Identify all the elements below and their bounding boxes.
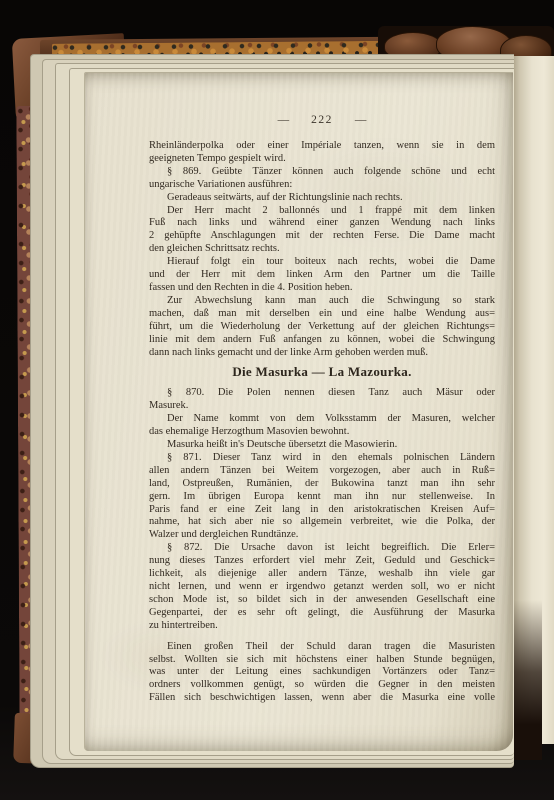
text-line: 2 gehüpfte Anschlagungen mit der rechten… xyxy=(149,230,495,243)
text-line: nicht lernen, und wenn er irgendwo getan… xyxy=(149,581,495,594)
page-number: — 222 — xyxy=(149,113,495,127)
text-line: machen, daß man mit derselben ein und ei… xyxy=(149,308,495,321)
text-line: das ehemalige Herzogthum Masovien bewohn… xyxy=(149,426,495,439)
text-line: lichkeit, als diejenige aller andern Tän… xyxy=(149,568,495,581)
text-line: linie mit dem andern Fuß anfangen zu kön… xyxy=(149,334,495,347)
text-line: dann nach links gemacht und der linke Ar… xyxy=(149,347,495,360)
text-line: was unter der Leitung eines sachkundigen… xyxy=(149,666,495,679)
text-line: § 870. Die Polen nennen diesen Tanz auch… xyxy=(149,387,495,400)
text-line: allen andern Tänzen bei Weitem vorgezoge… xyxy=(149,465,495,478)
text-line: Einen großen Theil der Schuld daran trag… xyxy=(149,641,495,654)
text-block: — 222 — Rheinländerpolka oder einer Impé… xyxy=(149,113,495,705)
text-line: zu hintertreiben. xyxy=(149,620,495,633)
text-line: gern. Im übrigen Europa kennt man ihn nu… xyxy=(149,491,495,504)
text-line: § 871. Dieser Tanz wird in den ehemals p… xyxy=(149,452,495,465)
text-line: nahme, hat sich aber nie so allgemein ve… xyxy=(149,516,495,529)
text-line: Walzer und dergleichen Rundtänze. xyxy=(149,529,495,542)
text-line: Fällen sich beschwichtigen lassen, wenn … xyxy=(149,692,495,705)
text-line: § 872. Die Ursache davon ist leicht begr… xyxy=(149,542,495,555)
text-line: Gegenpartei, der es sehr oft gelingt, di… xyxy=(149,607,495,620)
text-line: selbst. Wollten sie sich mit höchstens e… xyxy=(149,654,495,667)
text-line: den gleichen Schrittsatz rechts. xyxy=(149,243,495,256)
text-line: Fuß nach links und während einer ganzen … xyxy=(149,217,495,230)
text-line: nung dieses Tanzes erfordert viel mehr Z… xyxy=(149,555,495,568)
text-line: land, Ostpreußen, Rumänien, der Bukowina… xyxy=(149,478,495,491)
text-line: ordners vollkommen genügt, so würden die… xyxy=(149,679,495,692)
text-line: führt, um die Wiederholung der Verkettun… xyxy=(149,321,495,334)
text-line: geeigneten Tempo gespielt wird. xyxy=(149,153,495,166)
text-lines: Rheinländerpolka oder einer Impériale ta… xyxy=(149,140,495,705)
text-line: Zur Abwechslung kann man auch die Schwin… xyxy=(149,295,495,308)
text-line: Der Name kommt von dem Volksstamm der Ma… xyxy=(149,413,495,426)
page-number-value: 222 xyxy=(311,113,333,127)
page-number-dash: — xyxy=(355,113,367,127)
text-line: Masurka heißt in's Deutsche übersetzt di… xyxy=(149,439,495,452)
section-heading: Die Masurka — La Mazourka. xyxy=(149,364,495,380)
text-line: ungarische Variationen ausführen: xyxy=(149,179,495,192)
text-line: fassen und den Rechten in die 4. Positio… xyxy=(149,282,495,295)
page-number-dash: — xyxy=(278,113,290,127)
text-line: schon Mode ist, so bildet sich in der an… xyxy=(149,594,495,607)
text-line: Hierauf folgt ein tour boiteux nach rech… xyxy=(149,256,495,269)
text-line: Geradeaus seitwärts, auf der Richtungsli… xyxy=(149,192,495,205)
text-line: § 869. Geübte Tänzer können auch folgend… xyxy=(149,166,495,179)
book-page: — 222 — Rheinländerpolka oder einer Impé… xyxy=(84,72,513,751)
text-line: Masurek. xyxy=(149,400,495,413)
book-photo: — 222 — Rheinländerpolka oder einer Impé… xyxy=(0,0,554,800)
text-line: Der Herr macht 2 ballonnés und 1 frappé … xyxy=(149,205,495,218)
text-line: Rheinländerpolka oder einer Impériale ta… xyxy=(149,140,495,153)
text-line: Paris fand er eine Zeit lang in den aris… xyxy=(149,504,495,517)
text-line: und der Herr mit dem linken Arm den Part… xyxy=(149,269,495,282)
